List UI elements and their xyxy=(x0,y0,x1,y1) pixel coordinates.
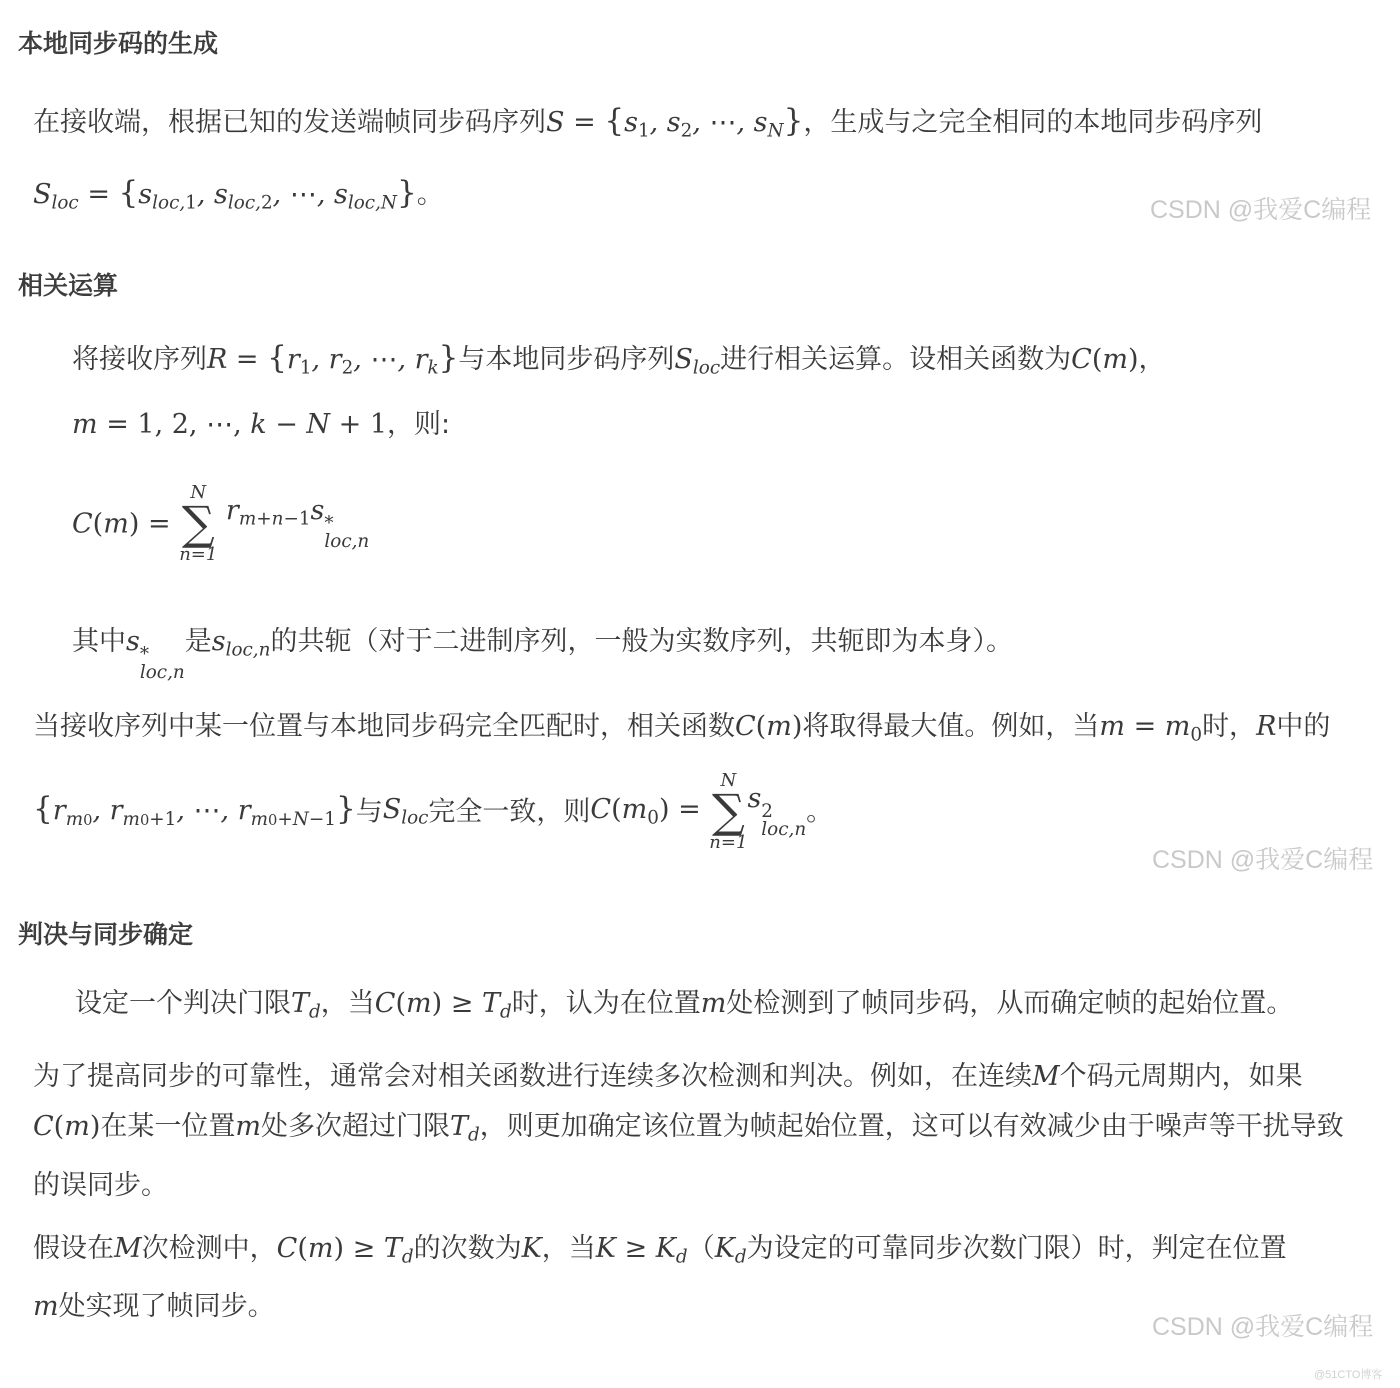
text: 将接收序列 xyxy=(72,344,207,375)
text: 。 xyxy=(806,796,833,827)
text: 在某一位置 xyxy=(100,1111,235,1142)
paragraph-decision-2: 为了提高同步的可靠性，通常会对相关函数进行连续多次检测和判决。例如，在连续M个码… xyxy=(33,1063,1303,1090)
text: 与 xyxy=(356,796,383,827)
text: 时， xyxy=(1202,711,1256,742)
math-M: M xyxy=(1032,1061,1060,1092)
text: ，则: xyxy=(387,409,450,440)
math-Td: Td xyxy=(450,1111,480,1142)
math-C-ge-Td: C(m) ≥ Td xyxy=(375,988,512,1019)
text: 完全一致，则 xyxy=(428,796,590,827)
text: 的共轭（对于二进制序列，一般为实数序列，共轭即为本身）。 xyxy=(270,626,1013,657)
math-S-def: S = {s1, s2, ⋯, sN} xyxy=(546,107,803,138)
paragraph-decision-3: C(m)在某一位置m处多次超过门限Td，则更加确定该位置为帧起始位置，这可以有效… xyxy=(33,1113,1344,1145)
text: 是 xyxy=(185,626,212,657)
text: 。 xyxy=(417,179,444,210)
text: ， xyxy=(1139,344,1166,375)
text: 其中 xyxy=(72,626,126,657)
text: 处检测到了帧同步码，从而确定帧的起始位置。 xyxy=(726,988,1293,1019)
math-Kd: Kd xyxy=(715,1233,747,1264)
math-C-m: C(m) xyxy=(33,1111,100,1142)
text: 次检测中， xyxy=(142,1233,277,1264)
summation: N ∑ n=1 xyxy=(709,772,747,852)
math-s-conj: s*loc,n xyxy=(126,626,185,657)
watermark-51cto: @51CTO博客 xyxy=(1314,1366,1382,1382)
math-m-range: m = 1, 2, ⋯, k − N + 1 xyxy=(72,409,387,440)
math-m: m xyxy=(33,1291,59,1322)
paragraph-decision-6: m处实现了帧同步。 xyxy=(33,1293,275,1320)
text: 设定一个判决门限 xyxy=(75,988,291,1019)
text: 当接收序列中某一位置与本地同步码完全匹配时，相关函数 xyxy=(33,711,735,742)
math-m: m xyxy=(701,988,727,1019)
text: 为设定的可靠同步次数门限）时，判定在位置 xyxy=(747,1233,1287,1264)
math-C-ge-Td: C(m) ≥ Td xyxy=(277,1233,414,1264)
math-C-m: C(m) xyxy=(1071,344,1138,375)
text: （ xyxy=(688,1233,715,1264)
math-m: m xyxy=(235,1111,261,1142)
paragraph-decision-1: 设定一个判决门限Td，当C(m) ≥ Td时，认为在位置m处检测到了帧同步码，从… xyxy=(75,990,1293,1022)
math-R-def: R = {r1, r2, ⋯, rk} xyxy=(207,344,458,375)
section-heading-local-sync-code: 本地同步码的生成 xyxy=(18,24,218,60)
paragraph-correlation-4: 当接收序列中某一位置与本地同步码完全匹配时，相关函数C(m)将取得最大值。例如，… xyxy=(33,713,1330,745)
paragraph-correlation-3: 其中s*loc,n是sloc,n的共轭（对于二进制序列，一般为实数序列，共轭即为… xyxy=(72,628,1013,681)
text: 处实现了帧同步。 xyxy=(59,1291,275,1322)
math-S-loc-def: Sloc = {sloc,1, sloc,2, ⋯, sloc,N} xyxy=(33,179,417,210)
math-S-loc: Sloc xyxy=(383,794,429,825)
text: 的次数为 xyxy=(414,1233,522,1264)
sigma-icon: ∑ xyxy=(712,790,745,834)
watermark-csdn: CSDN @我爱C编程 xyxy=(1150,190,1371,226)
math-r-subset: {rm0, rm0+1, ⋯, rm0+N−1} xyxy=(33,795,356,826)
math-R: R xyxy=(1256,711,1276,742)
paragraph-decision-4: 的误同步。 xyxy=(33,1172,168,1199)
math-C-m: C(m) xyxy=(735,711,802,742)
text: 进行相关运算。设相关函数为 xyxy=(720,344,1071,375)
math-s-loc-sq: s2loc,n xyxy=(747,783,806,814)
sigma-icon: ∑ xyxy=(182,502,215,546)
text: 假设在 xyxy=(33,1233,114,1264)
math-C-m0: C(m0) = xyxy=(590,794,700,825)
text: 个码元周期内，如果 xyxy=(1060,1061,1303,1092)
paragraph-decision-5: 假设在M次检测中，C(m) ≥ Td的次数为K，当K ≥ Kd（Kd为设定的可靠… xyxy=(33,1235,1287,1267)
text: 在接收端，根据已知的发送端帧同步码序列 xyxy=(33,107,546,138)
text: 中的 xyxy=(1276,711,1330,742)
math-Td: Td xyxy=(291,988,321,1019)
paragraph-local-sync-1: 在接收端，根据已知的发送端帧同步码序列S = {s1, s2, ⋯, sN}，生… xyxy=(33,106,1262,141)
section-heading-decision: 判决与同步确定 xyxy=(18,915,193,951)
math-M: M xyxy=(114,1233,142,1264)
paragraph-correlation-5: {rm0, rm0+1, ⋯, rm0+N−1}与Sloc完全一致，则C(m0)… xyxy=(33,772,833,852)
math-S-loc: Sloc xyxy=(674,344,720,375)
text: ，当 xyxy=(542,1233,596,1264)
text: 处多次超过门限 xyxy=(261,1111,450,1142)
paragraph-correlation-2: m = 1, 2, ⋯, k − N + 1，则: xyxy=(72,411,450,438)
lower-limit: n=1 xyxy=(709,834,747,852)
text: ，生成与之完全相同的本地同步码序列 xyxy=(803,107,1262,138)
section-heading-correlation: 相关运算 xyxy=(18,266,118,302)
watermark-csdn: CSDN @我爱C编程 xyxy=(1152,1307,1373,1343)
formula-correlation: C(m) = N ∑ n=1 rm+n−1s*loc,n xyxy=(72,484,369,564)
lower-limit: n=1 xyxy=(179,546,217,564)
text: 的误同步。 xyxy=(33,1170,168,1201)
text: ，当 xyxy=(321,988,375,1019)
text: 为了提高同步的可靠性，通常会对相关函数进行连续多次检测和判决。例如，在连续 xyxy=(33,1061,1032,1092)
text: 与本地同步码序列 xyxy=(458,344,674,375)
math-K-ge-Kd: K ≥ Kd xyxy=(596,1233,688,1264)
math-K: K xyxy=(522,1233,542,1264)
paragraph-local-sync-2: Sloc = {sloc,1, sloc,2, ⋯, sloc,N}。 xyxy=(33,178,444,213)
summation: N ∑ n=1 xyxy=(179,484,217,564)
text: 时，认为在位置 xyxy=(512,988,701,1019)
text: 将取得最大值。例如，当 xyxy=(802,711,1099,742)
watermark-csdn: CSDN @我爱C编程 xyxy=(1152,840,1373,876)
text: ，则更加确定该位置为帧起始位置，这可以有效减少由于噪声等干扰导致 xyxy=(480,1111,1344,1142)
math-s-loc-n: sloc,n xyxy=(212,626,271,657)
math-m-eq-m0: m = m0 xyxy=(1099,711,1202,742)
paragraph-correlation-1: 将接收序列R = {r1, r2, ⋯, rk}与本地同步码序列Sloc进行相关… xyxy=(72,343,1166,378)
